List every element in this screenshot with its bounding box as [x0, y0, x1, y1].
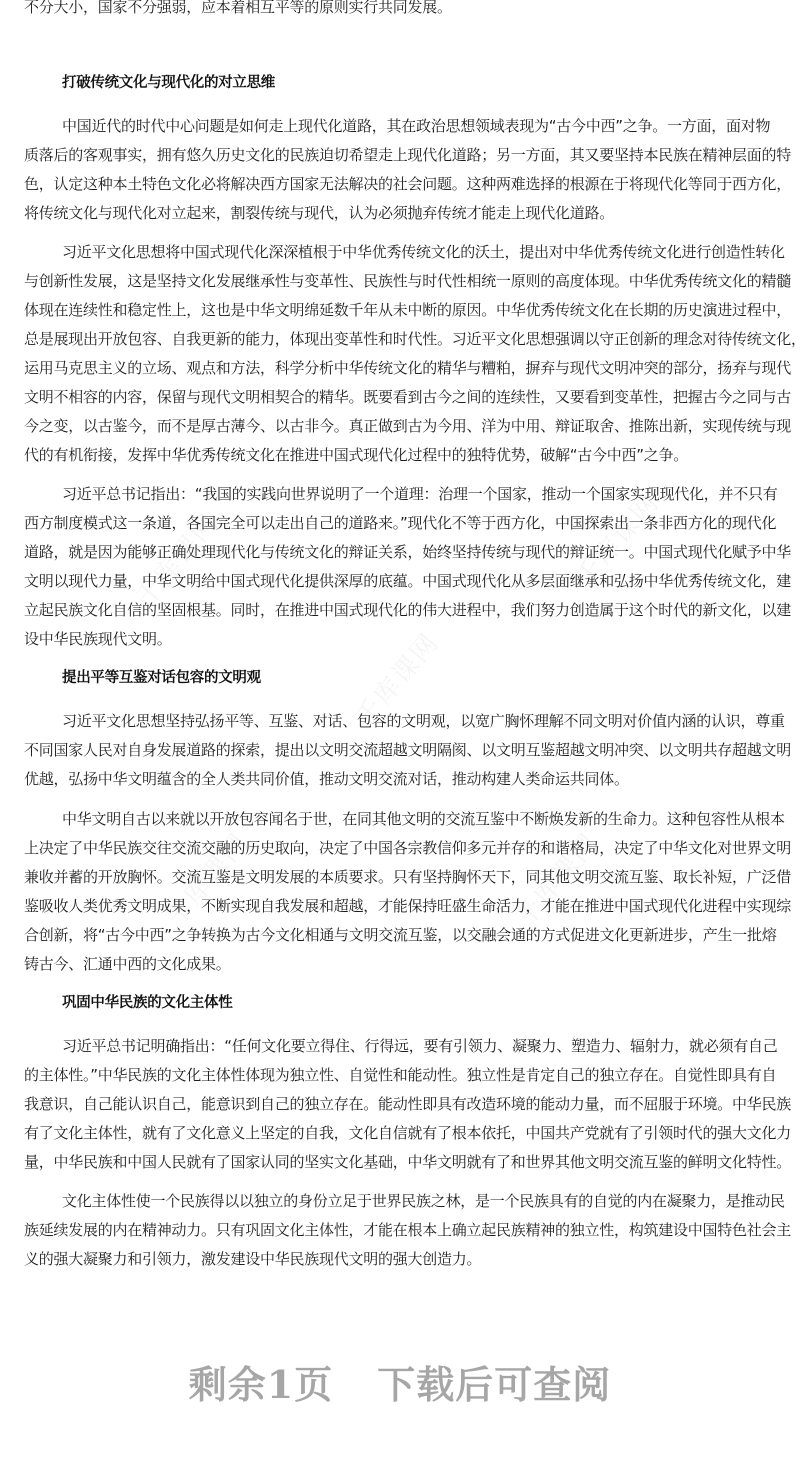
paragraph-line: 代的有机衔接，发挥中华优秀传统文化在推进中国式现代化过程中的独特优势，破解“古今…: [24, 445, 780, 465]
paragraph-line: 量，中华民族和中国人民就有了国家认同的坚实文化基础，中华文明就有了和世界其他文明…: [24, 1152, 780, 1172]
paragraph-line: 文明不相容的内容，保留与现代文明相契合的精华。既要看到古今之间的连续性，又要看到…: [24, 387, 780, 407]
paragraph-line: 习近平总书记指出：“我国的实践向世界说明了一个道理：治理一个国家，推动一个国家实…: [62, 484, 780, 504]
paragraph-line: 中国近代的时代中心问题是如何走上现代化道路，其在政治思想领域表现为“古今中西”之…: [62, 116, 780, 136]
paragraph-line: 有了文化主体性，就有了文化意义上坚定的自我，文化自信就有了根本依托，中国共产党就…: [24, 1123, 780, 1143]
section-heading: 巩固中华民族的文化主体性: [62, 993, 232, 1013]
paragraph-line: 文明以现代力量，中华文明给中国式现代化提供深厚的底蕴。中国式现代化从多层面继承和…: [24, 571, 780, 591]
paragraph-line: 兼收并蓄的开放胸怀。交流互鉴是文明发展的本质要求。只有坚持胸怀天下，同其他文明交…: [24, 867, 780, 887]
download-hint-label: 下载后可查阅: [377, 1362, 611, 1407]
paragraph-line: 习近平总书记明确指出：“任何文化要立得住、行得远，要有引领力、凝聚力、塑造力、辐…: [62, 1036, 780, 1056]
paragraph-line: 不同国家人民对自身发展道路的探索，提出以文明交流超越文明隔阂、以文明互鉴超越文明…: [24, 740, 780, 760]
download-prompt[interactable]: 剩余1页下载后可查阅: [0, 1362, 800, 1408]
paragraph-line: 习近平文化思想坚持弘扬平等、互鉴、对话、包容的文明观，以宽广胸怀理解不同文明对价…: [62, 711, 780, 731]
paragraph-line: 文化主体性使一个民族得以以独立的身份立足于世界民族之林，是一个民族具有的自觉的内…: [62, 1191, 780, 1211]
paragraph-line: 总是展现出开放包容、自我更新的能力，体现出变革性和时代性。习近平文化思想强调以守…: [24, 329, 780, 349]
paragraph-line: 铸古今、汇通中西的文化成果。: [24, 954, 780, 974]
paragraph-line: 义的强大凝聚力和引领力，激发建设中华民族现代文明的强大创造力。: [24, 1249, 780, 1269]
paragraph-line: 设中华民族现代文明。: [24, 629, 780, 649]
paragraph-line: 中华文明自古以来就以开放包容闻名于世，在同其他文明的交流互鉴中不断焕发新的生命力…: [62, 809, 780, 829]
paragraph-line: 我意识，自己能认识自己，能意识到自己的独立存在。能动性即具有改造环境的能动力量，…: [24, 1094, 780, 1114]
paragraph-line: 今之变，以古鉴今，而不是厚古薄今、以古非今。真正做到古为今用、洋为中用、辩证取舍…: [24, 416, 780, 436]
paragraph-line: 体现在连续性和稳定性上，这也是中华文明绵延数千年从未中断的原因。中华优秀传统文化…: [24, 300, 780, 320]
paragraph-line: 立起民族文化自信的坚固根基。同时，在推进中国式现代化的伟大进程中，我们努力创造属…: [24, 600, 780, 620]
remaining-pages-label: 剩余1页: [189, 1362, 333, 1407]
paragraph-line: 质落后的客观事实，拥有悠久历史文化的民族迫切希望走上现代化道路；另一方面，其又要…: [24, 145, 780, 165]
paragraph-line: 习近平文化思想将中国式现代化深深植根于中华优秀传统文化的沃土，提出对中华优秀传统…: [62, 242, 780, 262]
paragraph-line: 优越，弘扬中华文明蕴含的全人类共同价值，推动文明交流对话，推动构建人类命运共同体…: [24, 769, 780, 789]
section-heading: 提出平等互鉴对话包容的文明观: [62, 668, 261, 688]
paragraph-line: 道路，就是因为能够正确处理现代化与传统文化的辩证关系，始终坚持传统与现代的辩证统…: [24, 542, 780, 562]
paragraph-line: 将传统文化与现代化对立起来，割裂传统与现代，认为必须抛弃传统才能走上现代化道路。: [24, 203, 780, 223]
paragraph-line: 西方制度模式这一条道，各国完全可以走出自己的道路来。”现代化不等于西方化，中国探…: [24, 513, 780, 533]
section-heading: 打破传统文化与现代化的对立思维: [62, 73, 275, 93]
paragraph-line: 合创新，将“古今中西”之争转换为古今文化相通与文明交流互鉴，以交融会通的方式促进…: [24, 925, 780, 945]
paragraph-line: 的主体性。”中华民族的文化主体性体现为独立性、自觉性和能动性。独立性是肯定自己的…: [24, 1065, 780, 1085]
paragraph-line: 鉴吸收人类优秀文明成果，不断实现自我发展和超越，才能保持旺盛生命活力，才能在推进…: [24, 896, 780, 916]
paragraph-line: 上决定了中华民族交往交流交融的历史取向，决定了中国各宗教信仰多元并存的和谐格局，…: [24, 838, 780, 858]
paragraph-line: 族延续发展的内在精神动力。只有巩固文化主体性，才能在根本上确立起民族精神的独立性…: [24, 1220, 780, 1240]
document-page: 千库课网 千库课网 千库课网 千库课网 千库课网 不分大小，国家不分强弱，应本着…: [0, 0, 800, 1463]
paragraph-line: 运用马克思主义的立场、观点和方法，科学分析中华传统文化的精华与糟粕，摒弃与现代文…: [24, 358, 780, 378]
paragraph-line: 与创新性发展，这是坚持文化发展继承性与变革性、民族性与时代性相统一原则的高度体现…: [24, 271, 780, 291]
paragraph-line: 不分大小，国家不分强弱，应本着相互平等的原则实行共同发展。: [24, 0, 780, 17]
paragraph-line: 色，认定这种本土特色文化必将解决西方国家无法解决的社会问题。这种两难选择的根源在…: [24, 174, 780, 194]
